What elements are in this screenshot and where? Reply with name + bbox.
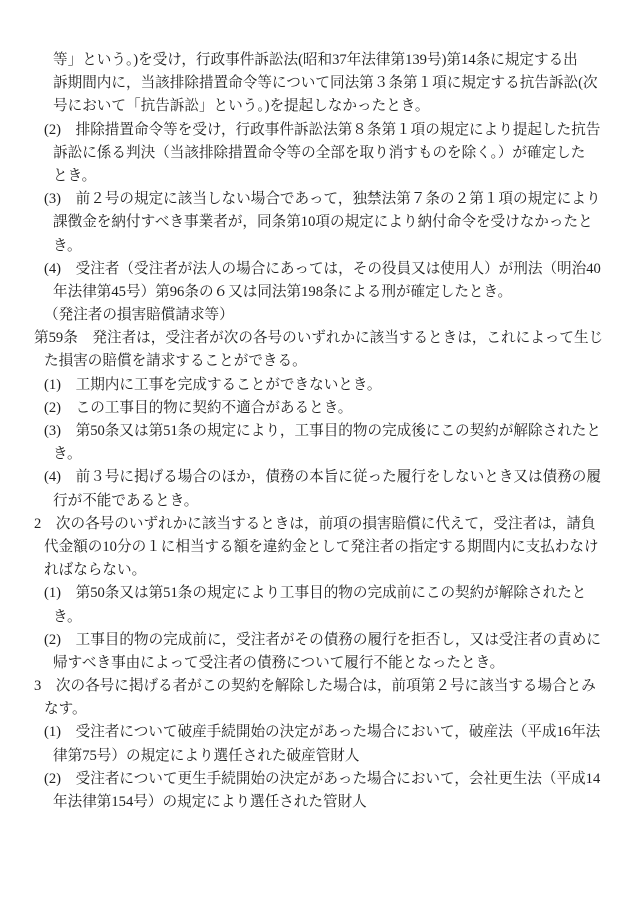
item-continuation-line: き。 [0,606,630,629]
document-text-block: 等」という。)を受け，行政事件訴訟法(昭和37年法律第139号)第14条に規定す… [0,49,630,814]
paragraph-2-opening-line: 2 次の各号のいずれかに該当するときは，前項の損害賠償に代えて，受注者は，請負 [0,513,630,536]
item-continuation-line: き。 [0,443,630,466]
item-1-line: (1) 第50条又は第51条の規定により工事目的物の完成前にこの契約が解除された… [0,582,630,605]
item-2-line: (2) この工事目的物に契約不適合があるとき。 [0,397,630,420]
item-continuation-line: 年法律第154号）の規定により選任された管財人 [0,791,630,814]
paragraph-continuation-line: なす。 [0,698,630,721]
item-1-line: (1) 受注者について破産手続開始の決定があった場合において，破産法（平成16年… [0,721,630,744]
item-3-line: (3) 第50条又は第51条の規定により，工事目的物の完成後にこの契約が解除され… [0,420,630,443]
article-continuation-line: た損害の賠償を請求することができる。 [0,350,630,373]
item-2-line: (2) 排除措置命令等を受け，行政事件訴訟法第８条第１項の規定により提起した抗告 [0,119,630,142]
item-3-line: (3) 前２号の規定に該当しない場合であって，独禁法第７条の２第１項の規定により [0,188,630,211]
item-continuation-line: 訴訟に係る判決（当該排除措置命令等の全部を取り消すものを除く。）が確定した [0,142,630,165]
item-continuation-line: 年法律第45号）第96条の６又は同法第198条による刑が確定したとき。 [0,281,630,304]
item-continuation-line: き。 [0,235,630,258]
item-continuation-line: 課徴金を納付すべき事業者が，同条第10項の規定により納付命令を受けなかったと [0,211,630,234]
item-continuation-line: とき。 [0,165,630,188]
article-59-opening-line: 第59条 発注者は，受注者が次の各号のいずれかに該当するときは，これによって生じ [0,327,630,350]
paragraph-3-opening-line: 3 次の各号に掲げる者がこの契約を解除した場合は，前項第２号に該当する場合とみ [0,675,630,698]
item-2-line: (2) 受注者について更生手続開始の決定があった場合において，会社更生法（平成1… [0,768,630,791]
document-page: 等」という。)を受け，行政事件訴訟法(昭和37年法律第139号)第14条に規定す… [0,0,630,903]
item-continuation-line: 号において「抗告訴訟」という。)を提起しなかったとき。 [0,95,630,118]
item-continuation-line: 等」という。)を受け，行政事件訴訟法(昭和37年法律第139号)第14条に規定す… [0,49,630,72]
item-4-line: (4) 前３号に掲げる場合のほか，債務の本旨に従った履行をしないとき又は債務の履 [0,466,630,489]
paragraph-continuation-line: ればならない。 [0,559,630,582]
paragraph-continuation-line: 代金額の10分の１に相当する額を違約金として発注者の指定する期間内に支払わなけ [0,536,630,559]
item-4-line: (4) 受注者（受注者が法人の場合にあっては，その役員又は使用人）が刑法（明治4… [0,258,630,281]
item-1-line: (1) 工期内に工事を完成することができないとき。 [0,374,630,397]
article-59-paren-heading: （発注者の損害賠償請求等） [0,304,630,327]
item-continuation-line: 訴期間内に，当該排除措置命令等について同法第３条第１項に規定する抗告訴訟(次 [0,72,630,95]
item-continuation-line: 行が不能であるとき。 [0,490,630,513]
item-continuation-line: 律第75号）の規定により選任された破産管財人 [0,745,630,768]
item-continuation-line: 帰すべき事由によって受注者の債務について履行不能となったとき。 [0,652,630,675]
item-2-line: (2) 工事目的物の完成前に，受注者がその債務の履行を拒否し，又は受注者の責めに [0,629,630,652]
